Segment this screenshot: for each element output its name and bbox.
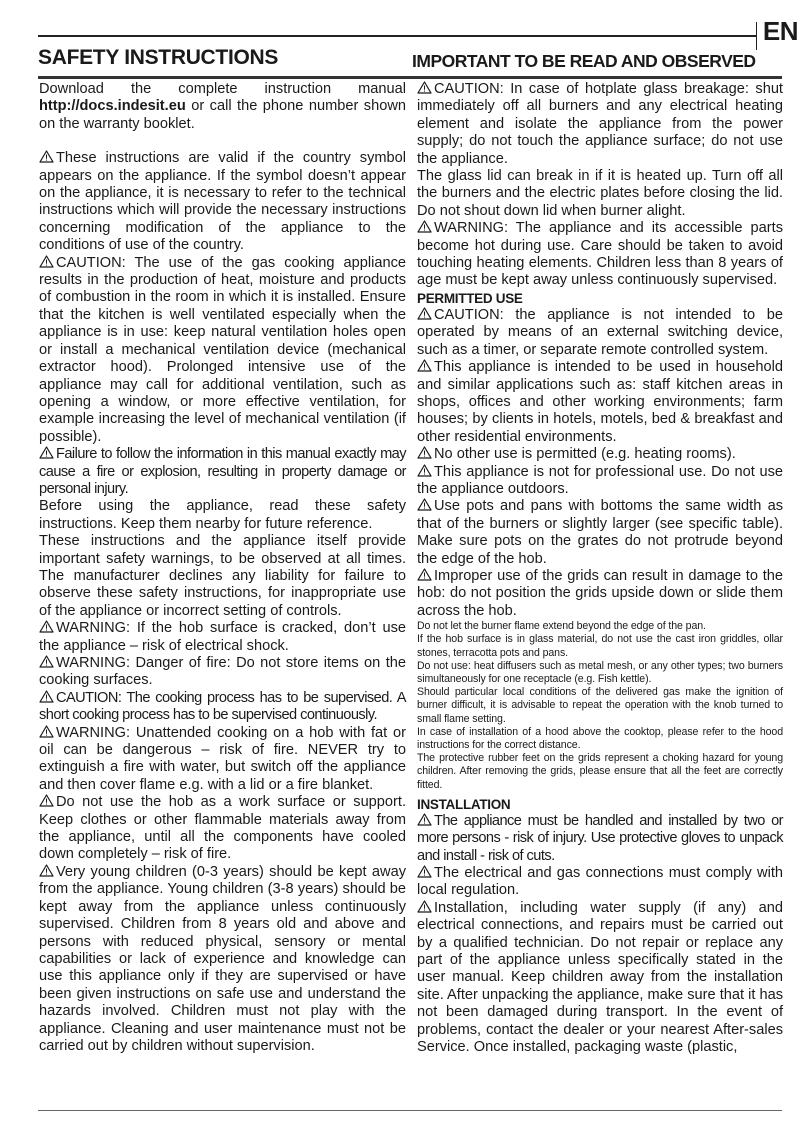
warning-triangle-icon <box>417 865 432 878</box>
warning-triangle-icon <box>39 150 54 163</box>
paragraph-hot-parts: WARNING: The appliance and its accessibl… <box>417 220 783 290</box>
language-code: EN <box>763 16 798 47</box>
intro-paragraph: Download the complete instruction manual… <box>39 81 406 133</box>
paragraph-two-persons: The appliance must be handled and instal… <box>417 813 783 865</box>
paragraph-caution-supervised: CAUTION: The cooking process has to be s… <box>39 690 406 725</box>
paragraph-qualified-technician: Installation, including water supply (if… <box>417 900 783 1057</box>
paragraph-connections-comply: The electrical and gas connections must … <box>417 865 783 900</box>
warning-triangle-icon <box>417 568 432 581</box>
header-top-rule <box>38 35 757 37</box>
note-burner-flame: Do not let the burner flame extend beyon… <box>417 620 783 633</box>
note-heat-diffusers: Do not use: heat diffusers such as metal… <box>417 660 783 686</box>
paragraph-caution-ventilation: CAUTION: The use of the gas cooking appl… <box>39 255 406 446</box>
warning-triangle-icon <box>417 307 432 320</box>
warning-triangle-icon <box>417 359 432 372</box>
paragraph-external-switching: CAUTION: the appliance is not intended t… <box>417 307 783 359</box>
warning-triangle-icon <box>417 498 432 511</box>
warning-triangle-icon <box>417 813 432 826</box>
warning-triangle-icon <box>39 255 54 268</box>
section-heading-permitted-use: PERMITTED USE <box>417 290 783 307</box>
warning-triangle-icon <box>417 900 432 913</box>
paragraph-household-use: This appliance is intended to be used in… <box>417 359 783 446</box>
note-hood-distance: In case of installation of a hood above … <box>417 726 783 752</box>
warning-triangle-icon <box>39 690 54 703</box>
paragraph-warning-fire-storage: WARNING: Danger of fire: Do not store it… <box>39 655 406 690</box>
page-title: SAFETY INSTRUCTIONS <box>38 46 278 70</box>
warning-triangle-icon <box>39 864 54 877</box>
warning-triangle-icon <box>417 220 432 233</box>
warning-triangle-icon <box>417 464 432 477</box>
paragraph-glass-lid: The glass lid can break in if it is heat… <box>417 168 783 220</box>
paragraph-glass-breakage: CAUTION: In case of hotplate glass break… <box>417 81 783 168</box>
warning-triangle-icon <box>39 620 54 633</box>
manual-link[interactable]: http://docs.indesit.eu <box>39 98 186 114</box>
warning-triangle-icon <box>39 446 54 459</box>
page-subtitle: IMPORTANT TO BE READ AND OBSERVED <box>412 51 756 72</box>
right-column: CAUTION: In case of hotplate glass break… <box>417 81 783 1057</box>
note-rubber-feet: The protective rubber feet on the grids … <box>417 752 783 792</box>
intro-text: Download the complete instruction manual <box>39 81 406 97</box>
paragraph-failure-warning: Failure to follow the information in thi… <box>39 446 406 498</box>
header-divider-tick <box>756 22 757 50</box>
paragraph-country-symbol: These instructions are valid if the coun… <box>39 150 406 254</box>
warning-triangle-icon <box>417 446 432 459</box>
note-glass-hob: If the hob surface is in glass material,… <box>417 633 783 659</box>
warning-triangle-icon <box>39 794 54 807</box>
paragraph-not-professional: This appliance is not for professional u… <box>417 464 783 499</box>
title-rule <box>38 76 782 79</box>
paragraph-children: Very young children (0-3 years) should b… <box>39 864 406 1055</box>
paragraph-before-using: Before using the appliance, read these s… <box>39 498 406 533</box>
paragraph-warning-fat-oil: WARNING: Unattended cooking on a hob wit… <box>39 725 406 795</box>
note-gas-ignition: Should particular local conditions of th… <box>417 686 783 726</box>
paragraph-work-surface: Do not use the hob as a work surface or … <box>39 794 406 864</box>
paragraph-safety-warnings: These instructions and the appliance its… <box>39 533 406 620</box>
paragraph-no-other-use: No other use is permitted (e.g. heating … <box>417 446 783 463</box>
paragraph-pots-pans: Use pots and pans with bottoms the same … <box>417 498 783 568</box>
warning-triangle-icon <box>39 725 54 738</box>
left-column: Download the complete instruction manual… <box>39 81 406 1055</box>
paragraph-warning-cracked: WARNING: If the hob surface is cracked, … <box>39 620 406 655</box>
footer-rule <box>38 1110 782 1111</box>
warning-triangle-icon <box>417 81 432 94</box>
warning-triangle-icon <box>39 655 54 668</box>
section-heading-installation: INSTALLATION <box>417 796 783 813</box>
paragraph-grids: Improper use of the grids can result in … <box>417 568 783 620</box>
